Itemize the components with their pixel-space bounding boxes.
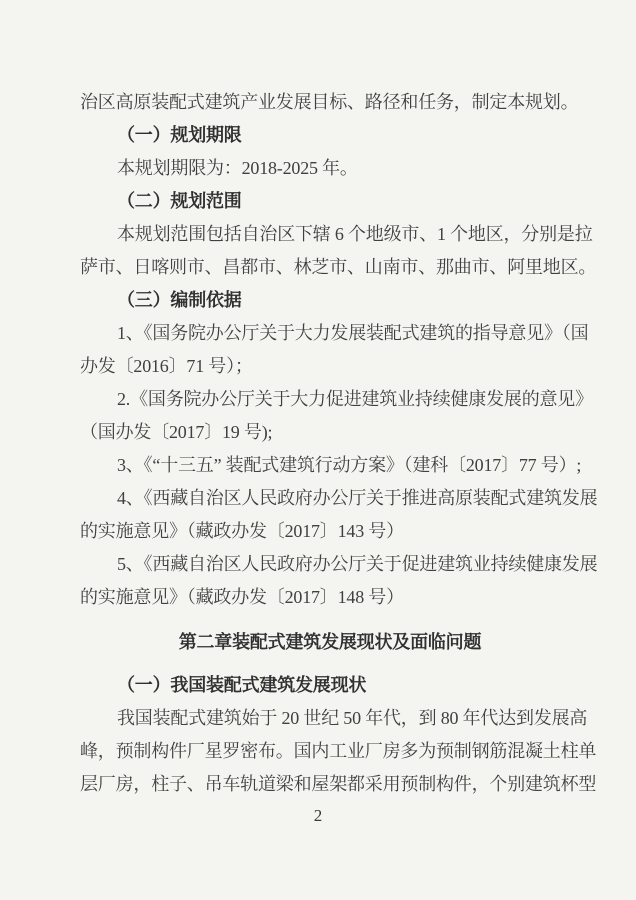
document-page: 治区高原装配式建筑产业发展目标、路径和任务，制定本规划。 （一）规划期限 本规划…: [0, 0, 636, 900]
list-item-line: 办发〔2016〕71 号）；: [80, 350, 580, 383]
list-item-line: （国办发〔2017〕19 号);: [80, 416, 580, 449]
list-item-line: 4、《西藏自治区人民政府办公厅关于推进高原装配式建筑发展: [80, 482, 580, 515]
body-line: 层厂房，柱子、吊车轨道梁和屋架都采用预制构件，个别建筑杯型: [80, 768, 580, 801]
list-item-line: 5、《西藏自治区人民政府办公厅关于促进建筑业持续健康发展: [80, 548, 580, 581]
body-line: 本规划期限为：2018-2025 年。: [80, 152, 580, 185]
list-item-line: 2.《国务院办公厅关于大力促进建筑业持续健康发展的意见》: [80, 383, 580, 416]
section-heading-planning-period: （一）规划期限: [80, 119, 580, 152]
body-line: 本规划范围包括自治区下辖 6 个地级市、1 个地区，分别是拉: [80, 218, 580, 251]
list-item-line: 1、《国务院办公厅关于大力发展装配式建筑的指导意见》（国: [80, 317, 580, 350]
section-heading-planning-scope: （二）规划范围: [80, 185, 580, 218]
body-line: 我国装配式建筑始于 20 世纪 50 年代，到 80 年代达到发展高: [80, 702, 580, 735]
list-item-line: 3、《“十三五” 装配式建筑行动方案》（建科〔2017〕77 号）;: [80, 449, 580, 482]
section-heading-compilation-basis: （三）编制依据: [80, 284, 580, 317]
chapter-heading: 第二章装配式建筑发展现状及面临问题: [80, 626, 580, 659]
section-heading-development-status: （一）我国装配式建筑发展现状: [80, 669, 580, 702]
body-line: 萨市、日喀则市、昌都市、林芝市、山南市、那曲市、阿里地区。: [80, 251, 580, 284]
list-item-line: 的实施意见》（藏政办发〔2017〕143 号）: [80, 515, 580, 548]
body-line: 治区高原装配式建筑产业发展目标、路径和任务，制定本规划。: [80, 86, 580, 119]
document-body: 治区高原装配式建筑产业发展目标、路径和任务，制定本规划。 （一）规划期限 本规划…: [0, 0, 636, 801]
page-number: 2: [0, 806, 636, 826]
list-item-line: 的实施意见》（藏政办发〔2017〕148 号）: [80, 581, 580, 614]
body-line: 峰，预制构件厂星罗密布。国内工业厂房多为预制钢筋混凝土柱单: [80, 735, 580, 768]
